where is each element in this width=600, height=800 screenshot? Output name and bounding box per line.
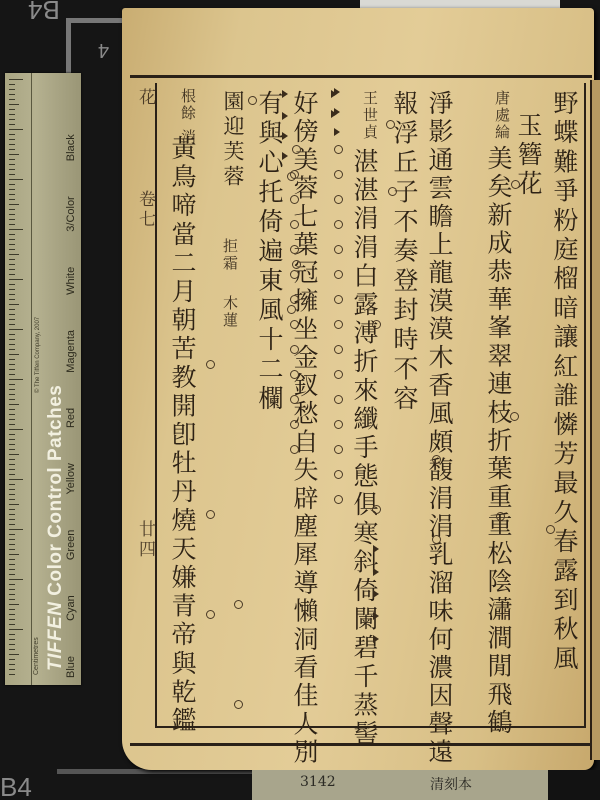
ruler-tick bbox=[9, 214, 15, 215]
circle-mark-icon bbox=[248, 96, 257, 105]
text-column: 野蝶難爭粉庭榴暗讓紅誰憐芳最久春露到秋風 bbox=[552, 90, 577, 674]
color-labels: Blue Cyan Green Yellow Red Magenta White… bbox=[65, 78, 77, 678]
ruler-tick bbox=[9, 549, 15, 550]
circle-mark-icon bbox=[334, 220, 343, 229]
ruler-tick bbox=[9, 244, 15, 245]
circle-mark-icon bbox=[206, 510, 215, 519]
product-name: Color Control Patches bbox=[45, 385, 66, 596]
ruler-tick bbox=[9, 184, 15, 185]
ruler-tick bbox=[9, 334, 15, 335]
circle-mark-icon bbox=[290, 345, 299, 354]
circle-mark-icon bbox=[334, 170, 343, 179]
color-label: Cyan bbox=[65, 595, 77, 621]
ruler-tick bbox=[9, 309, 15, 310]
ruler-tick bbox=[9, 444, 15, 445]
ruler-tick bbox=[9, 269, 15, 270]
circle-mark-icon bbox=[334, 495, 343, 504]
color-label: Red bbox=[65, 408, 77, 428]
ruler-tick bbox=[9, 119, 15, 120]
ruler-tick bbox=[9, 144, 15, 145]
ruler-tick bbox=[9, 464, 15, 465]
ruler-tick bbox=[9, 209, 15, 210]
ruler-tick bbox=[9, 539, 15, 540]
ruler-tick bbox=[9, 579, 23, 580]
color-label: Blue bbox=[65, 656, 77, 678]
circle-mark-icon bbox=[290, 395, 299, 404]
ruler bbox=[9, 73, 32, 685]
ruler-tick bbox=[9, 524, 15, 525]
ruler-tick bbox=[9, 234, 15, 235]
ruler-tick bbox=[9, 139, 15, 140]
ruler-tick bbox=[9, 564, 15, 565]
ruler-tick bbox=[9, 484, 15, 485]
ruler-tick bbox=[9, 434, 15, 435]
background-corner bbox=[548, 770, 600, 800]
triangle-mark-icon bbox=[282, 90, 288, 98]
ruler-tick bbox=[9, 544, 15, 545]
alias-name: 拒霜 bbox=[222, 238, 237, 272]
ruler-tick bbox=[9, 109, 15, 110]
circle-mark-icon bbox=[287, 172, 296, 181]
color-label: White bbox=[65, 267, 77, 295]
author-name: 王世貞 bbox=[362, 90, 377, 141]
ruler-tick bbox=[9, 79, 23, 80]
triangle-mark-icon bbox=[334, 128, 340, 136]
circle-mark-icon bbox=[334, 445, 343, 454]
brand-logo: TIFFEN Color Control Patches bbox=[45, 385, 67, 671]
triangle-mark-icon bbox=[331, 110, 337, 118]
ruler-tick bbox=[9, 499, 15, 500]
ruler-tick bbox=[9, 99, 15, 100]
ruler-tick bbox=[9, 89, 15, 90]
circle-mark-icon bbox=[432, 535, 441, 544]
text-column: 淨影通雲瞻上龍漠漠木香風頗馥涓涓乳溜味何濃因聲遠 bbox=[427, 90, 452, 767]
ruler-tick bbox=[9, 519, 15, 520]
ruler-tick bbox=[9, 339, 15, 340]
poem-title: 園迎芙蓉 bbox=[222, 90, 243, 190]
triangle-mark-icon bbox=[373, 590, 379, 598]
circle-mark-icon bbox=[290, 320, 299, 329]
ruler-tick bbox=[9, 674, 15, 675]
circle-mark-icon bbox=[511, 180, 520, 189]
ruler-tick bbox=[9, 204, 19, 205]
ruler-tick bbox=[9, 469, 15, 470]
ruler-tick bbox=[9, 569, 15, 570]
text-column: 有與心托倚遍東風十二欄 bbox=[257, 90, 282, 415]
circle-mark-icon bbox=[334, 395, 343, 404]
ruler-tick bbox=[9, 129, 23, 130]
ruler-tick bbox=[9, 349, 15, 350]
ruler-tick bbox=[9, 594, 15, 595]
ruler-tick bbox=[9, 449, 15, 450]
circle-mark-icon bbox=[334, 370, 343, 379]
color-label: 3/Color bbox=[65, 196, 77, 231]
ruler-tick bbox=[9, 134, 15, 135]
circle-mark-icon bbox=[334, 195, 343, 204]
ruler-tick bbox=[9, 224, 15, 225]
ruler-tick bbox=[9, 384, 15, 385]
circle-mark-icon bbox=[290, 220, 299, 229]
brand-name: TIFFEN bbox=[45, 602, 66, 672]
ruler-tick bbox=[9, 644, 15, 645]
ruler-tick bbox=[9, 559, 15, 560]
ruler-tick bbox=[9, 319, 15, 320]
ruler-tick bbox=[9, 254, 19, 255]
ruler-tick bbox=[9, 574, 15, 575]
circle-mark-icon bbox=[334, 145, 343, 154]
ruler-tick bbox=[9, 359, 15, 360]
ruler-tick bbox=[9, 609, 15, 610]
ruler-tick bbox=[9, 554, 19, 555]
ruler-tick bbox=[9, 229, 23, 230]
ruler-tick bbox=[9, 189, 15, 190]
ruler-tick bbox=[9, 494, 15, 495]
edition-note: 清刻本 bbox=[430, 774, 472, 794]
ruler-tick bbox=[9, 264, 15, 265]
ruler-tick bbox=[9, 639, 15, 640]
ruler-tick bbox=[9, 394, 15, 395]
circle-mark-icon bbox=[334, 270, 343, 279]
ruler-tick bbox=[9, 654, 19, 655]
ruler-tick bbox=[9, 604, 19, 605]
circle-mark-icon bbox=[334, 245, 343, 254]
circle-mark-icon bbox=[334, 295, 343, 304]
ruler-tick bbox=[9, 114, 15, 115]
text-column: 報浮丘子不奏登封時不容 bbox=[392, 90, 417, 415]
circle-mark-icon bbox=[290, 370, 299, 379]
triangle-mark-icon bbox=[282, 112, 288, 120]
ruler-tick bbox=[9, 474, 15, 475]
ruler-tick bbox=[9, 219, 15, 220]
ruler-tick bbox=[9, 304, 19, 305]
ruler-tick bbox=[9, 249, 15, 250]
margin-title: 花 bbox=[136, 88, 153, 108]
circle-mark-icon bbox=[386, 120, 395, 129]
background-mark-bottom: B4 bbox=[0, 772, 32, 800]
ruler-tick bbox=[9, 589, 15, 590]
circle-mark-icon bbox=[496, 512, 505, 521]
text-column: 美矣新成恭華峯翠連枝折葉重重松陰瀟澗閒飛鶴 bbox=[486, 145, 511, 737]
ruler-tick bbox=[9, 124, 15, 125]
ruler-tick bbox=[9, 329, 23, 330]
ruler-tick bbox=[9, 194, 15, 195]
triangle-mark-icon bbox=[282, 132, 288, 140]
circle-mark-icon bbox=[290, 420, 299, 429]
ruler-tick bbox=[9, 419, 15, 420]
ruler-tick bbox=[9, 514, 15, 515]
circle-mark-icon bbox=[290, 195, 299, 204]
ruler-tick bbox=[9, 659, 15, 660]
ruler-tick bbox=[9, 289, 15, 290]
ruler-tick bbox=[9, 509, 15, 510]
circle-mark-icon bbox=[234, 700, 243, 709]
color-label: Green bbox=[65, 530, 77, 561]
ruler-tick bbox=[9, 409, 15, 410]
margin-volume: 卷七 bbox=[136, 190, 153, 230]
circle-mark-icon bbox=[334, 345, 343, 354]
circle-mark-icon bbox=[432, 455, 441, 464]
ruler-tick bbox=[9, 179, 23, 180]
ruler-tick bbox=[9, 614, 15, 615]
circle-mark-icon bbox=[510, 412, 519, 421]
units-label: Centimetres bbox=[33, 637, 40, 675]
ruler-tick bbox=[9, 649, 15, 650]
ruler-tick bbox=[9, 159, 15, 160]
circle-mark-icon bbox=[546, 525, 555, 534]
ruler-tick bbox=[9, 154, 19, 155]
ruler-tick bbox=[9, 389, 15, 390]
circle-mark-icon bbox=[206, 610, 215, 619]
ruler-tick bbox=[9, 284, 15, 285]
color-label: Yellow bbox=[65, 463, 77, 494]
ruler-tick bbox=[9, 399, 15, 400]
ruler-tick bbox=[9, 634, 15, 635]
ruler-tick bbox=[9, 629, 23, 630]
circle-mark-icon bbox=[290, 295, 299, 304]
circle-mark-icon bbox=[372, 505, 381, 514]
triangle-mark-icon bbox=[373, 545, 379, 553]
ruler-tick bbox=[9, 364, 15, 365]
circle-mark-icon bbox=[372, 320, 381, 329]
ruler-tick bbox=[9, 149, 15, 150]
ruler-tick bbox=[9, 414, 15, 415]
ruler-tick bbox=[9, 84, 15, 85]
ruler-tick bbox=[9, 669, 15, 670]
ruler-tick bbox=[9, 379, 23, 380]
ruler-tick bbox=[9, 369, 15, 370]
triangle-mark-icon bbox=[373, 612, 379, 620]
ruler-tick bbox=[9, 324, 15, 325]
ruler-tick bbox=[9, 429, 23, 430]
ruler-tick bbox=[9, 439, 15, 440]
circle-mark-icon bbox=[292, 145, 301, 154]
circle-mark-icon bbox=[334, 420, 343, 429]
ruler-tick bbox=[9, 664, 15, 665]
ruler-tick bbox=[9, 259, 15, 260]
ruler-tick bbox=[9, 374, 15, 375]
circle-mark-icon bbox=[388, 187, 397, 196]
page-number: 廿四 bbox=[136, 520, 153, 560]
circle-mark-icon bbox=[334, 470, 343, 479]
alias-name: 木蓮 bbox=[222, 295, 237, 329]
ruler-tick bbox=[9, 314, 15, 315]
ruler-tick bbox=[9, 459, 15, 460]
text-column: 湛湛涓涓白露溥折來纖手態俱寒斜倚闌碧千蒸髻 bbox=[352, 148, 377, 749]
color-label: Black bbox=[65, 134, 77, 161]
background-mark-top: B4 bbox=[28, 0, 60, 25]
ruler-tick bbox=[9, 199, 15, 200]
ruler-tick bbox=[9, 534, 15, 535]
ruler-tick bbox=[9, 404, 19, 405]
catalog-label: 3142 清刻本 bbox=[252, 770, 548, 800]
circle-mark-icon bbox=[206, 360, 215, 369]
ruler-tick bbox=[9, 584, 15, 585]
ruler-tick bbox=[9, 279, 23, 280]
ruler-tick bbox=[9, 274, 15, 275]
ruler-tick bbox=[9, 164, 15, 165]
color-control-strip: © The Tiffen Company, 2007 Centimetres T… bbox=[5, 73, 81, 685]
ruler-tick bbox=[9, 619, 15, 620]
ruler-tick bbox=[9, 344, 15, 345]
triangle-mark-icon bbox=[373, 635, 379, 643]
circle-mark-icon bbox=[334, 320, 343, 329]
circle-mark-icon bbox=[290, 445, 299, 454]
circle-mark-icon bbox=[234, 600, 243, 609]
ruler-tick bbox=[9, 479, 23, 480]
ruler-tick bbox=[9, 504, 19, 505]
catalog-number: 3142 bbox=[300, 774, 336, 790]
ruler-tick bbox=[9, 294, 15, 295]
ruler-tick bbox=[9, 529, 23, 530]
ruler-tick bbox=[9, 489, 15, 490]
ruler-tick bbox=[9, 424, 15, 425]
ruler-tick bbox=[9, 104, 19, 105]
copyright-text: © The Tiffen Company, 2007 bbox=[35, 317, 41, 393]
circle-mark-icon bbox=[287, 305, 296, 314]
triangle-mark-icon bbox=[331, 90, 337, 98]
circle-mark-icon bbox=[290, 270, 299, 279]
ruler-tick bbox=[9, 94, 15, 95]
ruler-tick bbox=[9, 454, 19, 455]
ruler-tick bbox=[9, 174, 15, 175]
circle-mark-icon bbox=[292, 260, 301, 269]
ruler-tick bbox=[9, 169, 15, 170]
ruler-tick bbox=[9, 299, 15, 300]
triangle-mark-icon bbox=[282, 152, 288, 160]
author-name: 唐處綸 bbox=[494, 90, 509, 141]
ruler-tick bbox=[9, 239, 15, 240]
color-label: Magenta bbox=[65, 330, 77, 373]
ruler-tick bbox=[9, 599, 15, 600]
ruler-tick bbox=[9, 624, 15, 625]
triangle-mark-icon bbox=[373, 568, 379, 576]
text-column: 黃鳥啼當二月朝苦教開卽牡丹燒天嫌青帝與乾鑑 bbox=[170, 135, 195, 736]
circle-mark-icon bbox=[290, 245, 299, 254]
ruler-tick bbox=[9, 354, 19, 355]
